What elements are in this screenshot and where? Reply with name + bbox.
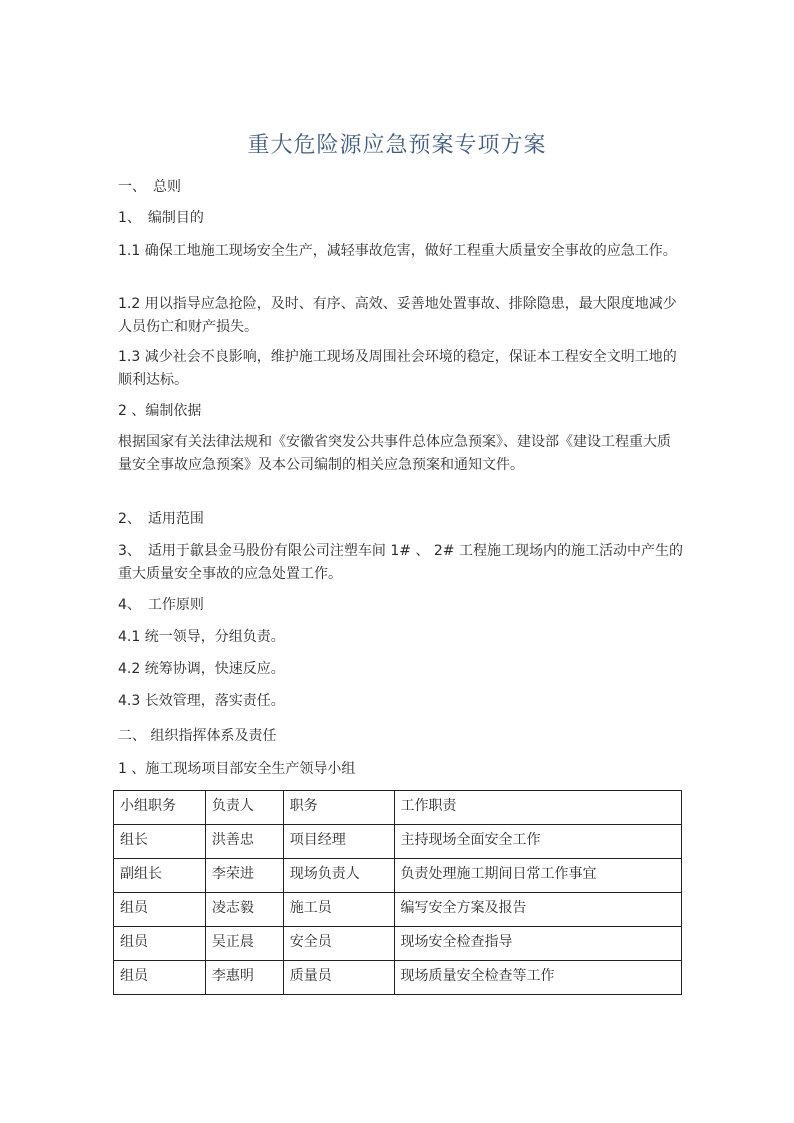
table-cell: 李惠明: [205, 961, 283, 995]
paragraph-1-2: 1.2 用以指导应急抢险，及时、有序、高效、妥善地处置事故、排除隐患，最大限度地…: [118, 293, 683, 339]
subheading-scope: 2、 适用范围: [118, 508, 683, 531]
subheading-leadership-group: 1 、施工现场项目部安全生产领导小组: [118, 758, 683, 781]
subheading-basis: 2 、编制依据: [118, 400, 683, 423]
table-cell: 现场负责人: [283, 859, 394, 893]
table-cell: 组员: [114, 961, 206, 995]
table-cell: 现场质量安全检查等工作: [394, 961, 681, 995]
paragraph-4-2: 4.2 统筹协调，快速反应。: [118, 658, 683, 681]
table-cell: 组员: [114, 927, 206, 961]
table-row: 组员 李惠明 质量员 现场质量安全检查等工作: [114, 961, 682, 995]
table-cell: 吴正晨: [205, 927, 283, 961]
paragraph-basis: 根据国家有关法律法规和《安徽省突发公共事件总体应急预案》、建设部《建设工程重大质…: [118, 431, 683, 477]
table-cell: 负责处理施工期间日常工作事宜: [394, 859, 681, 893]
table-header-cell: 职务: [283, 791, 394, 825]
subheading-purpose: 1、 编制目的: [118, 207, 683, 230]
table-cell: 主持现场全面安全工作: [394, 825, 681, 859]
table-row: 组员 吴正晨 安全员 现场安全检查指导: [114, 927, 682, 961]
table-header-cell: 小组职务: [114, 791, 206, 825]
table-header-row: 小组职务 负责人 职务 工作职责: [114, 791, 682, 825]
document-page: 重大危险源应急预案专项方案 一、 总则 1、 编制目的 1.1 确保工地施工现场…: [0, 0, 794, 1123]
table-cell: 组员: [114, 893, 206, 927]
paragraph-4-3: 4.3 长效管理，落实责任。: [118, 690, 683, 713]
table-header-cell: 负责人: [205, 791, 283, 825]
table-row: 副组长 李荣进 现场负责人 负责处理施工期间日常工作事宜: [114, 859, 682, 893]
table-cell: 安全员: [283, 927, 394, 961]
paragraph-1-3: 1.3 减少社会不良影响，维护施工现场及周围社会环境的稳定，保证本工程安全文明工…: [118, 346, 683, 392]
leadership-group-table: 小组职务 负责人 职务 工作职责 组长 洪善忠 项目经理 主持现场全面安全工作 …: [113, 790, 682, 995]
paragraph-1-1: 1.1 确保工地施工现场安全生产，减轻事故危害，做好工程重大质量安全事故的应急工…: [118, 240, 683, 263]
table-row: 组长 洪善忠 项目经理 主持现场全面安全工作: [114, 825, 682, 859]
paragraph-4-1: 4.1 统一领导，分组负责。: [118, 626, 683, 649]
table-cell: 组长: [114, 825, 206, 859]
section-heading-organization: 二、 组织指挥体系及责任: [118, 725, 683, 748]
table-cell: 副组长: [114, 859, 206, 893]
table-cell: 编写安全方案及报告: [394, 893, 681, 927]
table-cell: 凌志毅: [205, 893, 283, 927]
table-cell: 李荣进: [205, 859, 283, 893]
document-title: 重大危险源应急预案专项方案: [0, 128, 794, 159]
table-cell: 洪善忠: [205, 825, 283, 859]
table-cell: 现场安全检查指导: [394, 927, 681, 961]
paragraph-scope: 3、 适用于歙县金马股份有限公司注塑车间 1# 、 2# 工程施工现场内的施工活…: [118, 540, 683, 586]
table-cell: 项目经理: [283, 825, 394, 859]
section-heading-general: 一、 总则: [118, 176, 683, 199]
table-row: 组员 凌志毅 施工员 编写安全方案及报告: [114, 893, 682, 927]
subheading-principles: 4、 工作原则: [118, 594, 683, 617]
table-cell: 质量员: [283, 961, 394, 995]
table-header-cell: 工作职责: [394, 791, 681, 825]
table-cell: 施工员: [283, 893, 394, 927]
